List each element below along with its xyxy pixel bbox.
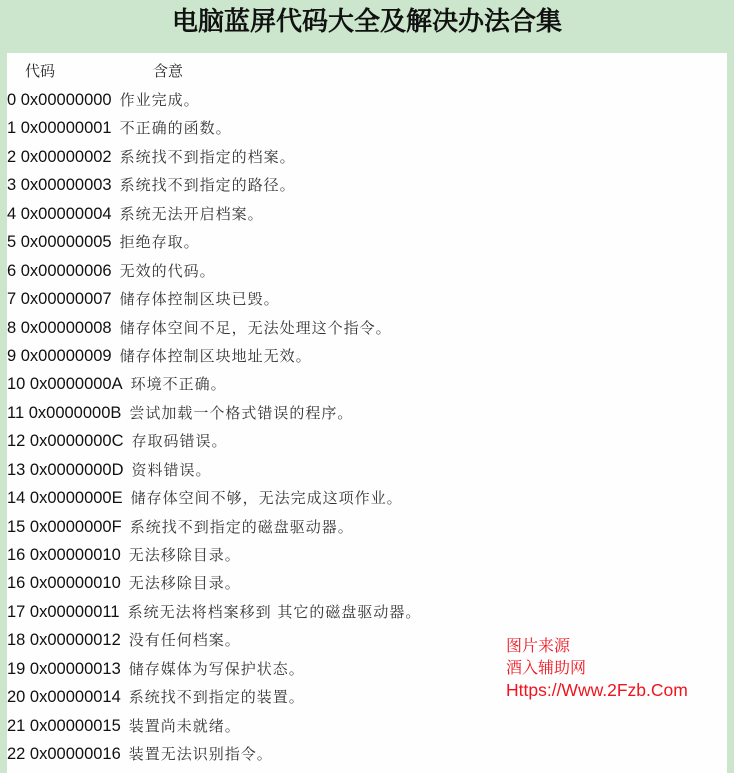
header-meaning: 含意 [153, 59, 183, 83]
table-row: 16 0x00000010无法移除目录。 [7, 541, 421, 569]
error-code: 13 0x0000000D [7, 461, 124, 479]
table-row: 11 0x0000000B尝试加载一个格式错误的程序。 [7, 399, 421, 427]
error-code: 9 0x00000009 [7, 347, 112, 365]
error-meaning: 储存体控制区块已毁。 [120, 290, 280, 308]
watermark-source: 图片来源 酒入辅助网 Https://Www.2Fzb.Com [506, 635, 688, 701]
table-header: 代码 含意 [7, 59, 727, 83]
error-code: 10 0x0000000A [7, 375, 123, 393]
error-meaning: 拒绝存取。 [120, 233, 200, 251]
error-code: 21 0x00000015 [7, 717, 121, 735]
error-code: 16 0x00000010 [7, 546, 121, 564]
table-row: 19 0x00000013储存媒体为写保护状态。 [7, 655, 421, 683]
error-code: 16 0x00000010 [7, 574, 121, 592]
error-meaning: 装置无法识别指令。 [129, 745, 273, 763]
code-list: 0 0x00000000作业完成。1 0x00000001不正确的函数。2 0x… [7, 86, 421, 769]
watermark-url: Https://Www.2Fzb.Com [506, 679, 688, 701]
table-row: 9 0x00000009储存体控制区块地址无效。 [7, 342, 421, 370]
error-meaning: 系统找不到指定的装置。 [129, 688, 305, 706]
error-meaning: 系统找不到指定的路径。 [120, 176, 296, 194]
error-code: 18 0x00000012 [7, 631, 121, 649]
error-code: 0 0x00000000 [7, 91, 112, 109]
table-row: 10 0x0000000A环境不正确。 [7, 370, 421, 398]
error-meaning: 资料错误。 [132, 461, 212, 479]
error-code: 22 0x00000016 [7, 745, 121, 763]
error-code: 11 0x0000000B [7, 404, 121, 422]
error-meaning: 无法移除目录。 [129, 546, 241, 564]
error-meaning: 储存体控制区块地址无效。 [120, 347, 312, 365]
error-code: 7 0x00000007 [7, 290, 112, 308]
watermark-site-name: 酒入辅助网 [506, 657, 688, 679]
table-row: 16 0x00000010无法移除目录。 [7, 569, 421, 597]
error-meaning: 系统找不到指定的档案。 [120, 148, 296, 166]
error-code: 17 0x00000011 [7, 603, 120, 621]
error-code: 1 0x00000001 [7, 119, 112, 137]
table-row: 1 0x00000001不正确的函数。 [7, 114, 421, 142]
table-row: 13 0x0000000D资料错误。 [7, 456, 421, 484]
error-code: 20 0x00000014 [7, 688, 121, 706]
error-code: 14 0x0000000E [7, 489, 123, 507]
page-title: 电脑蓝屏代码大全及解决办法合集 [0, 2, 734, 42]
table-row: 5 0x00000005拒绝存取。 [7, 228, 421, 256]
table-row: 2 0x00000002系统找不到指定的档案。 [7, 143, 421, 171]
error-meaning: 储存体空间不够，无法完成这项作业。 [131, 489, 403, 507]
error-meaning: 作业完成。 [120, 91, 200, 109]
table-row: 14 0x0000000E储存体空间不够，无法完成这项作业。 [7, 484, 421, 512]
table-row: 18 0x00000012没有任何档案。 [7, 626, 421, 654]
error-code: 19 0x00000013 [7, 660, 121, 678]
error-code: 6 0x00000006 [7, 262, 112, 280]
error-meaning: 无法移除目录。 [129, 574, 241, 592]
error-meaning: 存取码错误。 [132, 432, 228, 450]
table-row: 6 0x00000006无效的代码。 [7, 257, 421, 285]
error-meaning: 没有任何档案。 [129, 631, 241, 649]
table-row: 12 0x0000000C存取码错误。 [7, 427, 421, 455]
table-row: 20 0x00000014系统找不到指定的装置。 [7, 683, 421, 711]
error-meaning: 系统无法开启档案。 [120, 205, 264, 223]
error-code: 15 0x0000000F [7, 518, 122, 536]
table-row: 7 0x00000007储存体控制区块已毁。 [7, 285, 421, 313]
error-meaning: 装置尚未就绪。 [129, 717, 241, 735]
error-meaning: 不正确的函数。 [120, 119, 232, 137]
table-row: 17 0x00000011系统无法将档案移到 其它的磁盘驱动器。 [7, 598, 421, 626]
error-meaning: 无效的代码。 [120, 262, 216, 280]
error-code: 3 0x00000003 [7, 176, 112, 194]
error-meaning: 环境不正确。 [131, 375, 227, 393]
table-row: 22 0x00000016装置无法识别指令。 [7, 740, 421, 768]
error-code: 2 0x00000002 [7, 148, 112, 166]
table-row: 21 0x00000015装置尚未就绪。 [7, 712, 421, 740]
table-row: 8 0x00000008储存体空间不足，无法处理这个指令。 [7, 314, 421, 342]
error-code: 8 0x00000008 [7, 319, 112, 337]
table-row: 0 0x00000000作业完成。 [7, 86, 421, 114]
table-row: 15 0x0000000F系统找不到指定的磁盘驱动器。 [7, 513, 421, 541]
error-meaning: 系统无法将档案移到 其它的磁盘驱动器。 [128, 603, 422, 621]
error-meaning: 尝试加载一个格式错误的程序。 [129, 404, 353, 422]
header-code: 代码 [25, 59, 55, 83]
table-row: 3 0x00000003系统找不到指定的路径。 [7, 171, 421, 199]
watermark-label: 图片来源 [506, 635, 688, 657]
error-code: 4 0x00000004 [7, 205, 112, 223]
error-code: 5 0x00000005 [7, 233, 112, 251]
error-meaning: 储存媒体为写保护状态。 [129, 660, 305, 678]
error-meaning: 储存体空间不足，无法处理这个指令。 [120, 319, 392, 337]
table-row: 4 0x00000004系统无法开启档案。 [7, 200, 421, 228]
error-code: 12 0x0000000C [7, 432, 124, 450]
error-meaning: 系统找不到指定的磁盘驱动器。 [130, 518, 354, 536]
